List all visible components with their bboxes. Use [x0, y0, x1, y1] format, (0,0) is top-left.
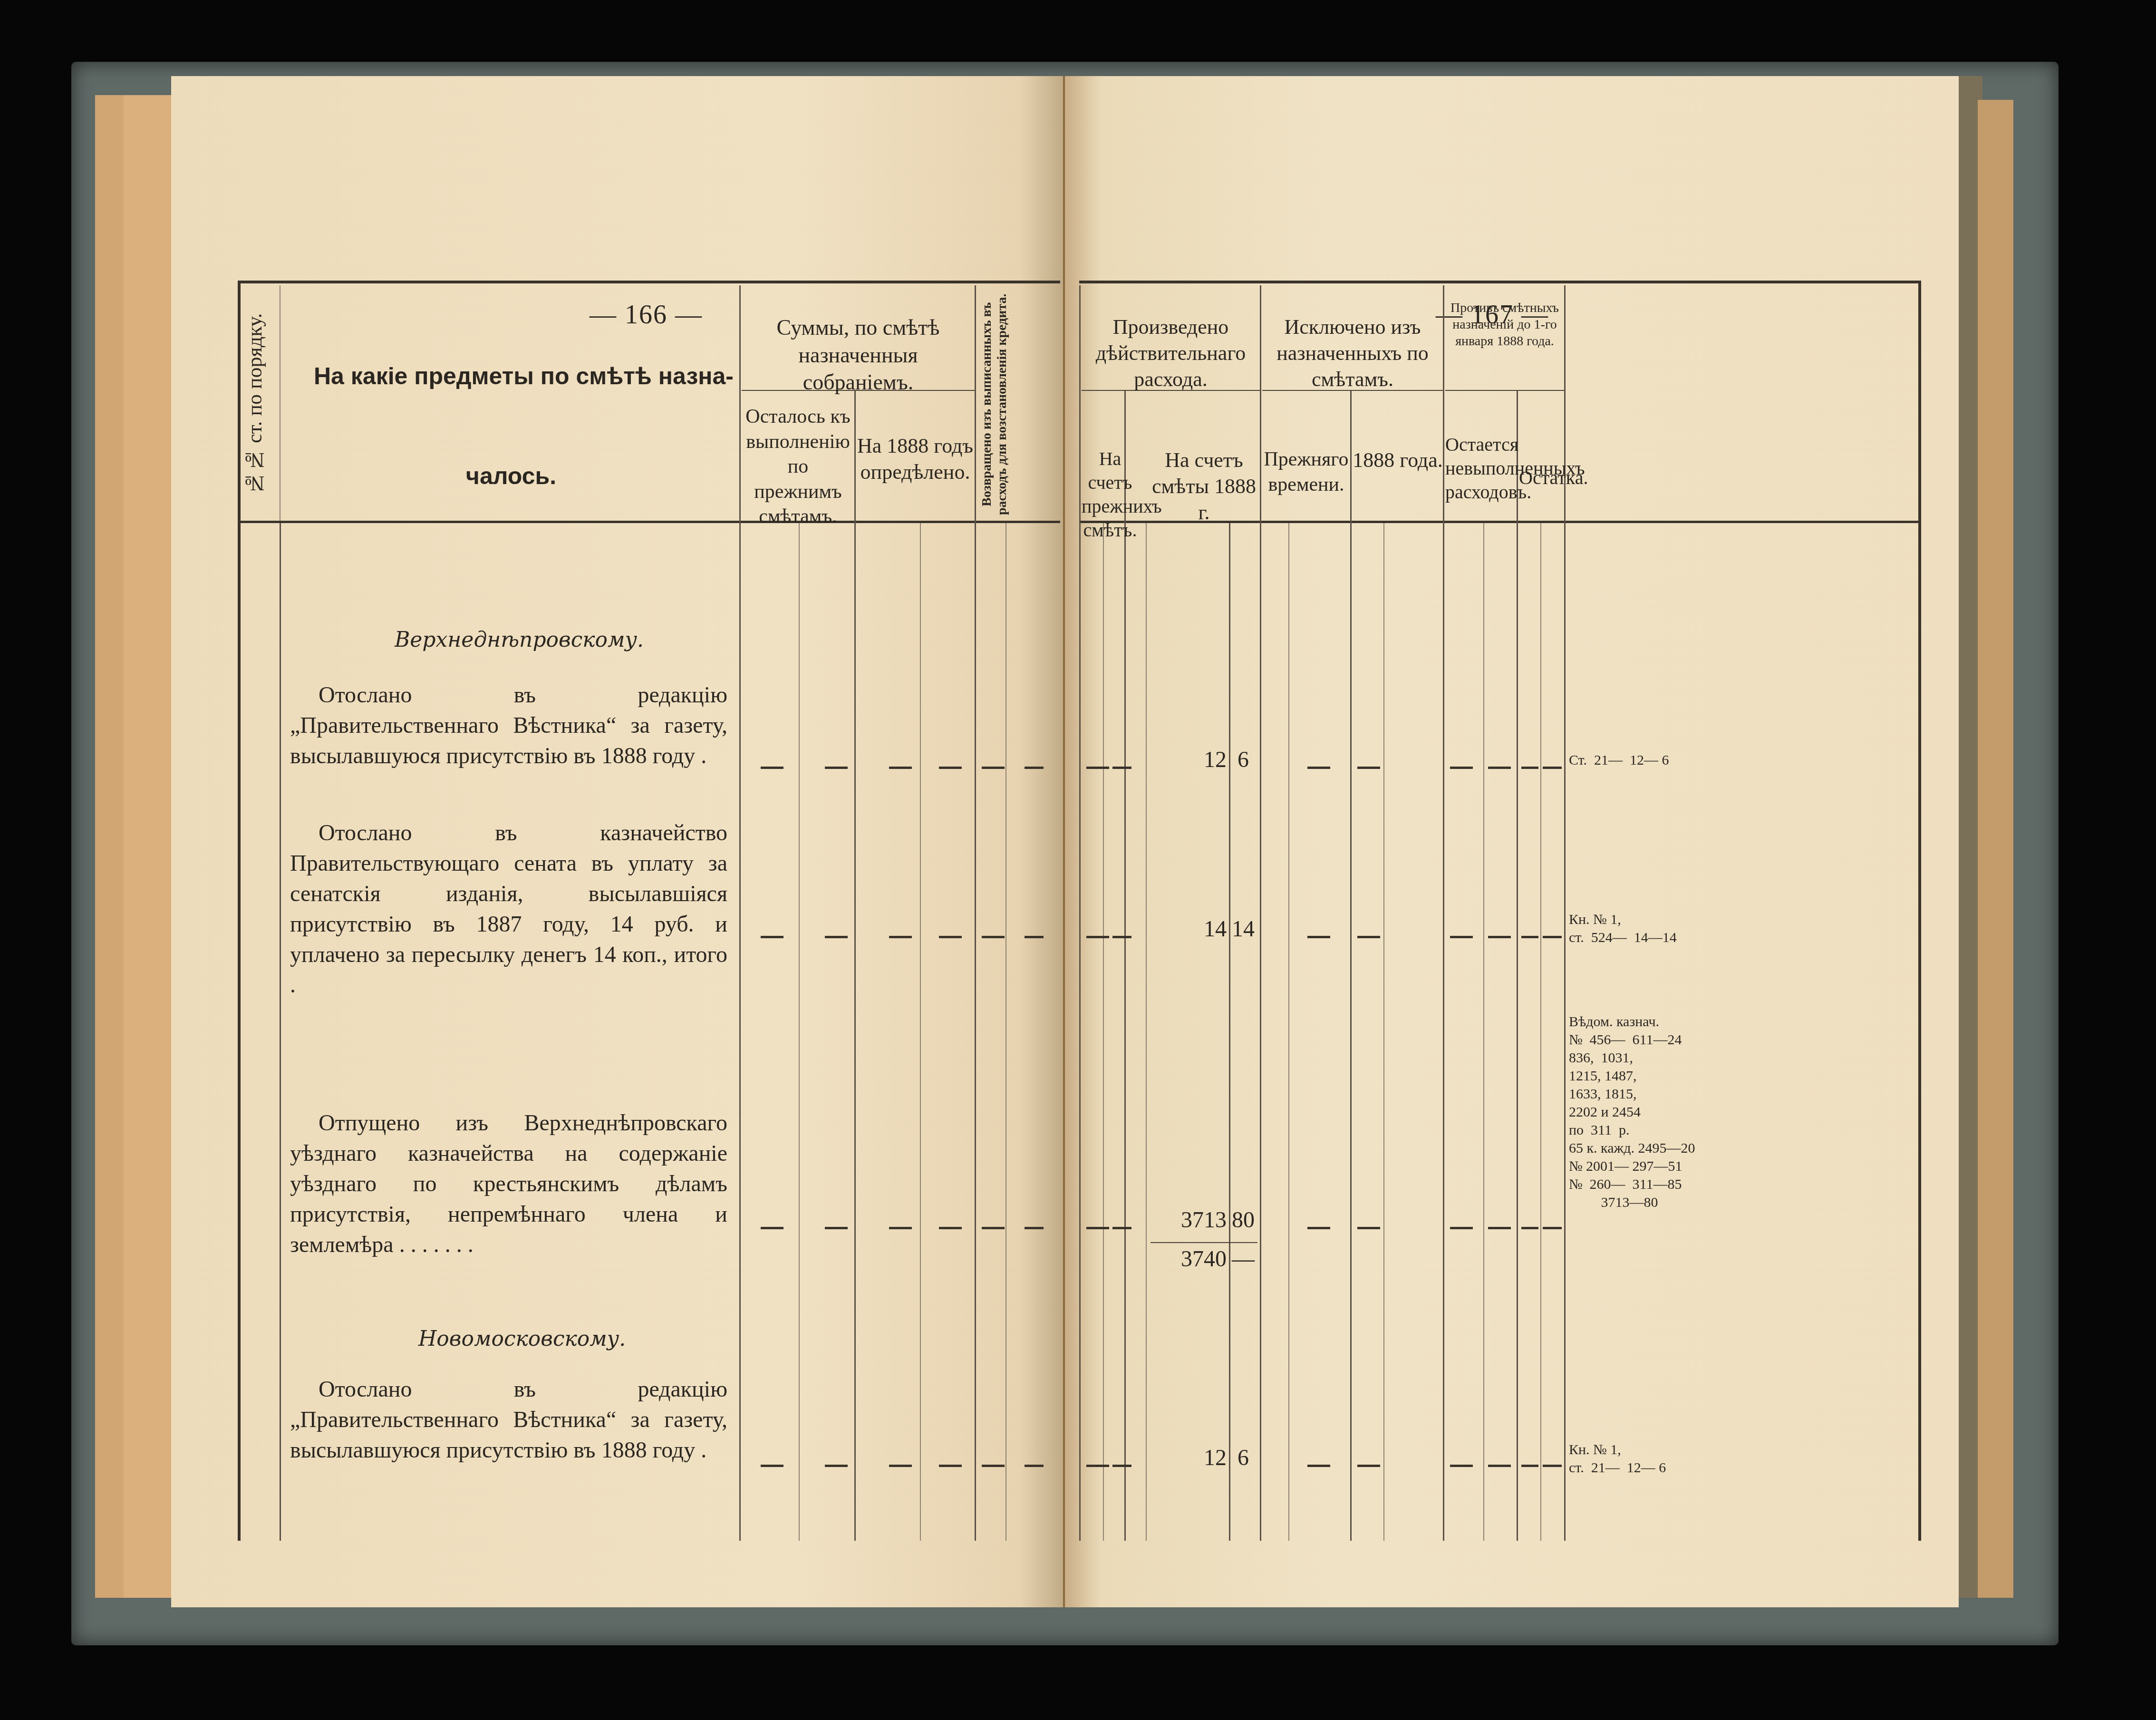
amount-rub: 3713: [1151, 1207, 1227, 1233]
right-page: — 167 — Произведено дѣйствительнаго расх…: [1065, 76, 1959, 1607]
header-col-1888: На 1888 годъ опредѣлено.: [856, 433, 975, 485]
col-divider: [920, 523, 921, 1541]
header-col-prev-estimates: На счетъ прежнихъ смѣтъ.: [1082, 447, 1139, 542]
reference-note: Кн. № 1, ст. 524— 14—14: [1569, 911, 1677, 947]
col-divider: [1383, 523, 1384, 1541]
amount-kop: 80: [1229, 1207, 1257, 1233]
header-col-remaining: Осталось къ выполненію по прежнимъ смѣта…: [742, 404, 854, 529]
amount-kop: 14: [1229, 916, 1257, 942]
entry-text: Отослано въ казначейство Правительствующ…: [290, 818, 727, 1001]
col-divider: [799, 523, 800, 1541]
subtotal-rule: [1151, 1242, 1257, 1243]
table-top-rule: [1079, 281, 1921, 283]
header-col-number: №№ ст. по порядку.: [242, 290, 276, 518]
left-page: — 166 — №№ ст. по порядку. На какіе пред…: [171, 76, 1065, 1607]
subheader-rule: [1445, 390, 1564, 391]
amount-rub: 14: [1151, 916, 1227, 942]
section-title-novomoskovsk: Новомосковскому.: [418, 1327, 626, 1351]
header-bottom-rule: [238, 521, 1060, 523]
amount-kop: 6: [1229, 1445, 1257, 1471]
reference-note: Ст. 21— 12— 6: [1569, 751, 1669, 769]
col-divider: [739, 285, 741, 1541]
reference-note: Кн. № 1, ст. 21— 12— 6: [1569, 1441, 1666, 1477]
col-divider: [1350, 390, 1352, 1541]
header-col-1888-year: 1888 года.: [1353, 447, 1443, 473]
col-divider: [1229, 523, 1230, 1541]
header-col-excluded-group: Исключено изъ назначенныхъ по смѣтамъ.: [1262, 314, 1443, 392]
col-divider: [1540, 523, 1541, 1541]
header-col-actual-group: Произведено дѣйствительнаго расхода.: [1082, 314, 1260, 392]
col-divider: [280, 523, 281, 1541]
amount-rub: 12: [1151, 1445, 1227, 1471]
page-edges-left-inner: [124, 95, 176, 1598]
section-title-verkhnedneprovsk: Верхнеднѣпровскому.: [395, 628, 644, 652]
entry-text: Отослано въ редакцію „Правительственнаго…: [290, 680, 727, 771]
table-right-border: [1918, 281, 1921, 1541]
col-divider: [280, 285, 280, 521]
col-divider: [1005, 523, 1006, 1541]
header-col-unfulfilled: Остается невыполненныхъ расходовъ.: [1445, 433, 1517, 504]
entry-text: Отослано въ редакцію „Правительственнаго…: [290, 1374, 727, 1466]
col-divider: [1079, 285, 1081, 1541]
header-col-1888-estimate: На счетъ смѣты 1888 г.: [1148, 447, 1260, 525]
subtotal-rub: 3740: [1151, 1246, 1227, 1272]
col-divider: [975, 285, 976, 1541]
col-divider: [1260, 285, 1261, 1541]
page-number-166: — 166 —: [590, 300, 703, 330]
header-col-against-group: Противъ смѣтныхъ назначеній до 1-го янва…: [1445, 300, 1564, 350]
header-col-subject-line1: На какіе предметы по смѣтѣ назна-: [285, 361, 765, 391]
col-divider: [1483, 523, 1484, 1541]
amount-rub: 12: [1151, 747, 1227, 773]
page-edges-right: [1978, 100, 2013, 1598]
header-col-subject-line2: чалось.: [285, 461, 737, 491]
col-divider: [1288, 523, 1289, 1541]
table-top-rule: [238, 281, 1060, 283]
amount-kop: 6: [1229, 747, 1257, 773]
col-divider: [1443, 285, 1444, 1541]
col-divider: [1146, 523, 1147, 1541]
reference-note: Вѣдом. казнач. № 456— 611—24 836, 1031, …: [1569, 1013, 1695, 1212]
header-col-remainder: Остатка.: [1519, 466, 1564, 490]
col-divider: [854, 390, 856, 1541]
col-divider: [1124, 390, 1126, 1541]
header-col-returned: Возвращено изъ выписанныхъ въ расходъ дл…: [979, 290, 1058, 518]
subtotal-kop: —: [1229, 1246, 1257, 1272]
header-col-prev-time: Прежняго времени.: [1262, 447, 1350, 497]
header-col-sums-group: Суммы, по смѣтѣ назначенныя собраніемъ.: [742, 314, 975, 396]
entry-text: Отпущено изъ Верхнеднѣпровскаго уѣзднаго…: [290, 1108, 727, 1260]
col-divider: [1517, 390, 1518, 1541]
col-divider: [1103, 523, 1104, 1541]
table-left-border: [238, 281, 241, 1541]
